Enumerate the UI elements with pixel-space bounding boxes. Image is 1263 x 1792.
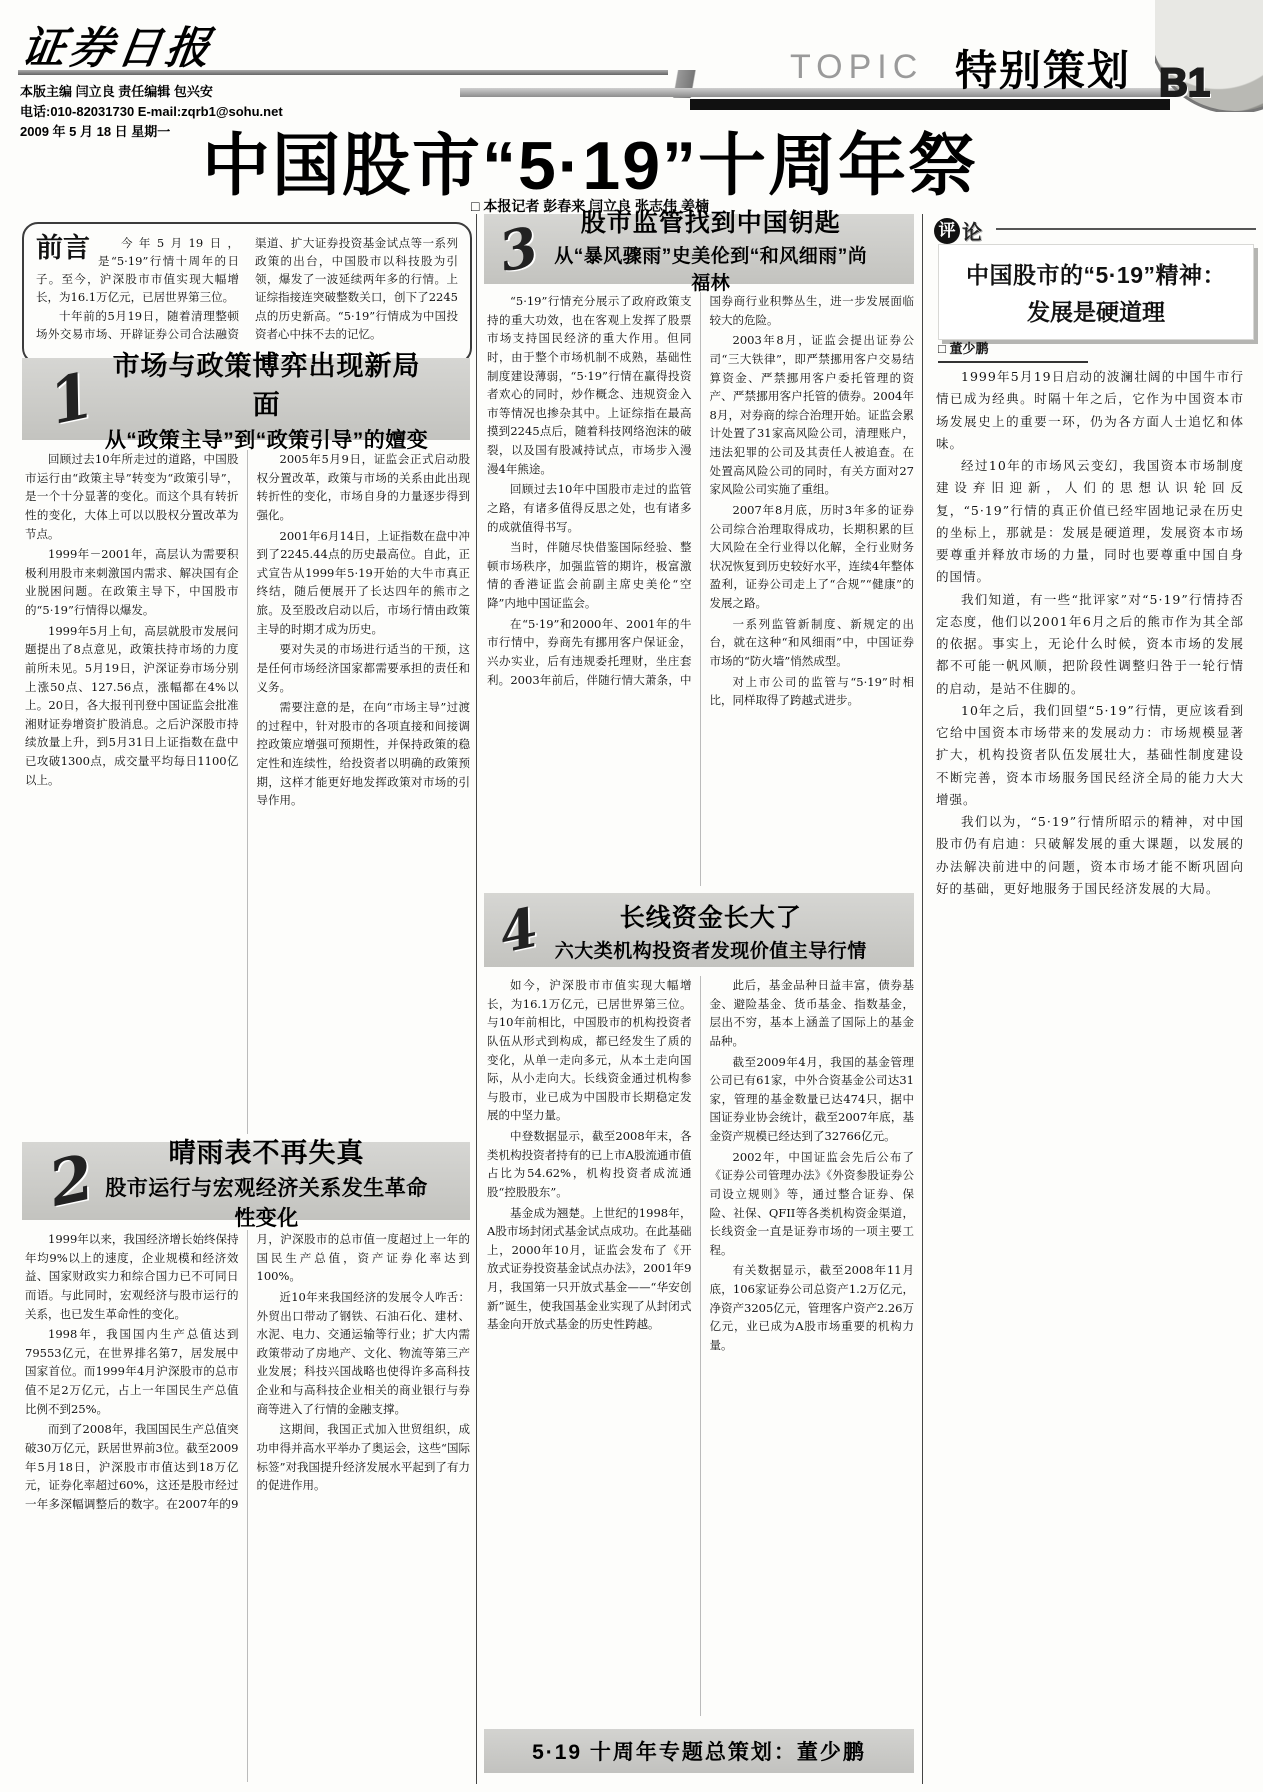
article4-titles: 长线资金长大了 六大类机构投资者发现价值主导行情: [548, 898, 914, 963]
footer-credit-band: 5·19 十周年专题总策划：董少鹏: [484, 1729, 914, 1773]
article1-title: 市场与政策博弈出现新局面: [103, 344, 430, 422]
paragraph: 我们以为，“5·19”行情所昭示的精神，对中国股市仍有启迪：只破解发展的重大课题…: [936, 811, 1244, 900]
main-headline: 中国股市“5·19”十周年祭: [0, 112, 1180, 209]
masthead-rule: [18, 70, 668, 75]
article2-header: 2 晴雨表不再失真 股市运行与宏观经济关系发生革命性变化: [22, 1142, 470, 1220]
paragraph: 回顾过去10年所走过的道路，中国股市运行由“政策主导”转变为“政策引导”，是一个…: [25, 450, 239, 543]
article3-body: “5·19”行情充分展示了政府政策支持的重大功效，也在客观上发挥了股票市场支持国…: [487, 292, 914, 886]
paragraph: 10年之后，我们回望“5·19”行情，更应该看到它给中国资本市场带来的发展动力：…: [936, 700, 1244, 811]
comment-byline: □ 董少鹏: [938, 338, 1088, 363]
paragraph: 如今，沪深股市市值实现大幅增长，为16.1万亿元，已居世界第三位。与10年前相比…: [487, 976, 692, 1125]
article2-number: 2: [44, 1146, 99, 1216]
paragraph: 1999年－2001年，高层认为需要积极利用股市来刺激国内需求、解决国有企业脱困…: [25, 545, 239, 620]
article3-subtitle: 从“暴风骤雨”史美伦到“和风细雨”尚福林: [548, 241, 874, 295]
paragraph: 2007年8月底，历时3年多的证券公司综合治理取得成功，长期积累的巨大风险在全行…: [710, 501, 915, 613]
article1-body: 回顾过去10年所走过的道路，中国股市运行由“政策主导”转变为“政策引导”，是一个…: [25, 450, 470, 1134]
article2-subtitle: 股市运行与宏观经济关系发生革命性变化: [103, 1172, 430, 1232]
comment-badge-icon: 评: [934, 218, 960, 244]
article1-titles: 市场与政策博弈出现新局面 从“政策主导”到“政策引导”的嬗变: [103, 344, 470, 454]
comment-title-line2: 发展是硬道理: [945, 294, 1247, 327]
paragraph: 1999年以来，我国经济增长始终保持年均9%以上的速度，企业规模和经济效益、国家…: [25, 1230, 239, 1323]
newspaper-page: 证券日报 本版主编 闫立良 责任编辑 包兴安 电话:010-82031730 E…: [0, 0, 1263, 1792]
topic-label-en: TOPIC: [790, 48, 923, 87]
paragraph: 2005年5月9日，证监会正式启动股权分置改革，政策与市场的关系由此出现转折性的…: [257, 450, 471, 525]
article3-title: 股市监管找到中国钥匙: [548, 203, 874, 239]
article4-body: 如今，沪深股市市值实现大幅增长，为16.1万亿元，已居世界第三位。与10年前相比…: [487, 976, 914, 1716]
editor-line: 本版主编 闫立良 责任编辑 包兴安: [20, 82, 283, 102]
paragraph: 中登数据显示，截至2008年末，各类机构投资者持有的已上市A股流通市值占比为54…: [487, 1127, 692, 1202]
article1-number: 1: [44, 364, 99, 434]
header-black-bar: [690, 99, 1170, 110]
article3-number: 3: [495, 219, 543, 280]
comment-title: 中国股市的“5·19”精神：: [945, 257, 1247, 290]
paragraph: 截至2009年4月，我国的基金管理公司已有61家，中外合资基金公司达31家，管理…: [710, 1053, 915, 1146]
paragraph: 1999年5月19日启动的波澜壮阔的中国牛市行情已成为经典。时隔十年之后，它作为…: [936, 366, 1244, 455]
comment-headline-box: 中国股市的“5·19”精神： 发展是硬道理: [938, 244, 1254, 340]
article2-body: 1999年以来，我国经济增长始终保持年均9%以上的速度，企业规模和经济效益、国家…: [25, 1230, 470, 1782]
paragraph: 经过10年的市场风云变幻，我国资本市场制度建设弃旧迎新，人们的思想认识轮回反复，…: [936, 455, 1244, 589]
article4-subtitle: 六大类机构投资者发现价值主导行情: [548, 936, 874, 963]
paragraph: 要对失灵的市场进行适当的干预，这是任何市场经济国家都需要承担的责任和义务。: [257, 640, 471, 696]
paragraph: 有关数据显示，截至2008年11月底，106家证券公司总资产1.2万亿元，净资产…: [710, 1261, 915, 1354]
paragraph: 回顾过去10年中国股市走过的监管之路，有诸多值得反思之处，也有诸多的成就值得书写…: [487, 480, 692, 536]
paragraph: 我们知道，有一些“批评家”对“5·19”行情持否定态度，他们以2001年6月之后…: [936, 589, 1244, 700]
column-divider: [922, 214, 923, 1784]
comment-badge: 评 论: [934, 216, 982, 245]
article4-title: 长线资金长大了: [548, 898, 874, 934]
article4-number: 4: [495, 900, 543, 961]
paragraph: 当时，伴随尽快借鉴国际经验、整顿市场秩序，加强监管的期许，极富激情的香港证监会前…: [487, 538, 692, 613]
foreword-label: 前言: [36, 234, 90, 262]
newspaper-logo: 证券日报: [18, 12, 219, 76]
comment-top-rule: [996, 228, 1256, 230]
paragraph: 2003年8月，证监会提出证券公司“三大铁律”，即严禁挪用客户交易结算资金、严禁…: [710, 331, 915, 499]
comment-badge-char: 论: [962, 216, 982, 245]
paragraph: “5·19”行情充分展示了政府政策支持的重大功效，也在客观上发挥了股票市场支持国…: [487, 292, 692, 478]
paragraph: 对上市公司的监管与“5·19”时相比，同样取得了跨越式进步。: [710, 673, 915, 710]
paragraph: 近10年来我国经济的发展令人咋舌：外贸出口带动了钢铁、石油石化、建材、水泥、电力…: [257, 1288, 471, 1418]
paragraph: 1998年，我国国内生产总值达到79553亿元，在世界排名第7，居发展中国家首位…: [25, 1325, 239, 1418]
column-divider: [476, 214, 477, 1784]
paragraph: 这期间，我国正式加入世贸组织，成功申得并高水平举办了奥运会，这些“国际标签”对我…: [257, 1420, 471, 1495]
article3-titles: 股市监管找到中国钥匙 从“暴风骤雨”史美伦到“和风细雨”尚福林: [548, 203, 914, 295]
page-number-emblem: B1: [1155, 0, 1263, 112]
paragraph: 2001年6月14日，上证指数在盘中冲到了2245.44点的历史最高位。自此，正…: [257, 527, 471, 639]
paragraph: 基金成为翘楚。上世纪的1998年，A股市场封闭式基金试点成功。在此基础上，200…: [487, 1204, 692, 1334]
comment-body: 1999年5月19日启动的波澜壮阔的中国牛市行情已成为经典。时隔十年之后，它作为…: [936, 366, 1244, 1778]
article2-titles: 晴雨表不再失真 股市运行与宏观经济关系发生革命性变化: [103, 1131, 470, 1232]
foreword-box: 前言 今年5月19日，是“5·19”行情十周年的日子。至今，沪深股市市值实现大幅…: [22, 222, 472, 364]
paragraph: 2002年，中国证监会先后公布了《证券公司管理办法》《外资参股证券公司设立规则》…: [710, 1148, 915, 1260]
article2-title: 晴雨表不再失真: [103, 1131, 430, 1170]
topic-label-cn: 特别策划: [955, 38, 1131, 98]
article3-header: 3 股市监管找到中国钥匙 从“暴风骤雨”史美伦到“和风细雨”尚福林: [484, 214, 914, 284]
article4-header: 4 长线资金长大了 六大类机构投资者发现价值主导行情: [484, 893, 914, 967]
paragraph: 此后，基金品种日益丰富，债券基金、避险基金、货币基金、指数基金，层出不穷，基本上…: [710, 976, 915, 1051]
paragraph: 需要注意的是，在向“市场主导”过渡的过程中，针对股市的各项直接和间接调控政策应增…: [257, 698, 471, 810]
paragraph: 1999年5月上旬，高层就股市发展问题提出了8点意见，政策扶持市场的力度前所未见…: [25, 622, 239, 790]
header-gray-band: [460, 88, 1263, 97]
article1-header: 1 市场与政策博弈出现新局面 从“政策主导”到“政策引导”的嬗变: [22, 358, 470, 440]
paragraph: 一系列监管新制度、新规定的出台，就在这种“和风细雨”中，中国证券市场的“防火墙”…: [710, 615, 915, 671]
page-number: B1: [1159, 61, 1210, 106]
